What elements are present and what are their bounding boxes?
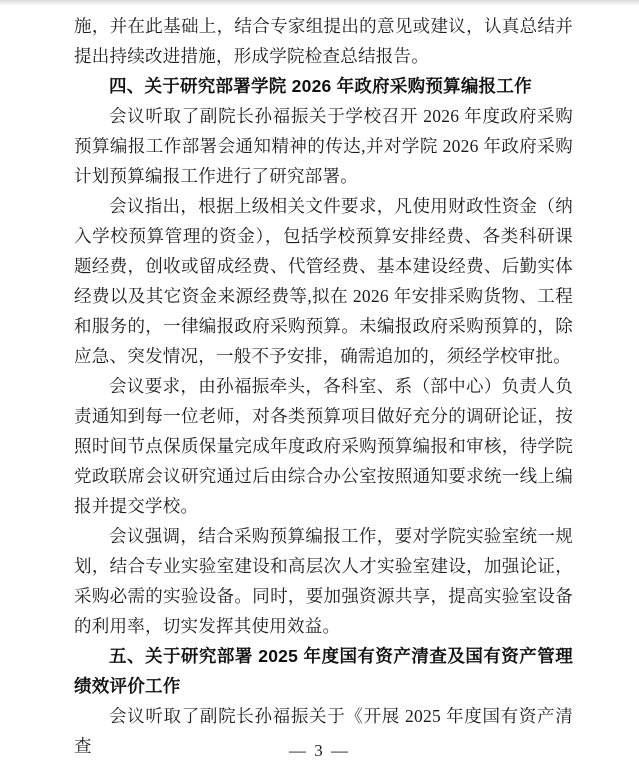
page-number: — 3 — <box>0 741 639 761</box>
body-paragraph: 会议听取了副院长孙福振关于学校召开 2026 年度政府采购预算编报工作部署会通知… <box>74 101 573 191</box>
section-heading-5: 五、关于研究部署 2025 年度国有资产清查及国有资产管理绩效评价工作 <box>74 641 573 701</box>
body-paragraph: 会议要求，由孙福振牵头，各科室、系（部中心）负责人负责通知到每一位老师，对各类预… <box>74 371 573 521</box>
body-paragraph: 会议强调，结合采购预算编报工作，要对学院实验室统一规划，结合专业实验室建设和高层… <box>74 521 573 641</box>
body-paragraph-continued: 施，并在此基础上，结合专家组提出的意见或建议，认真总结并提出持续改进措施，形成学… <box>74 11 573 71</box>
document-body: 施，并在此基础上，结合专家组提出的意见或建议，认真总结并提出持续改进措施，形成学… <box>74 11 573 761</box>
section-heading-4: 四、关于研究部署学院 2026 年政府采购预算编报工作 <box>74 71 573 101</box>
body-paragraph: 会议指出，根据上级相关文件要求，凡使用财政性资金（纳入学校预算管理的资金），包括… <box>74 191 573 371</box>
page-top-edge <box>0 0 639 5</box>
document-page: 施，并在此基础上，结合专家组提出的意见或建议，认真总结并提出持续改进措施，形成学… <box>0 0 639 775</box>
